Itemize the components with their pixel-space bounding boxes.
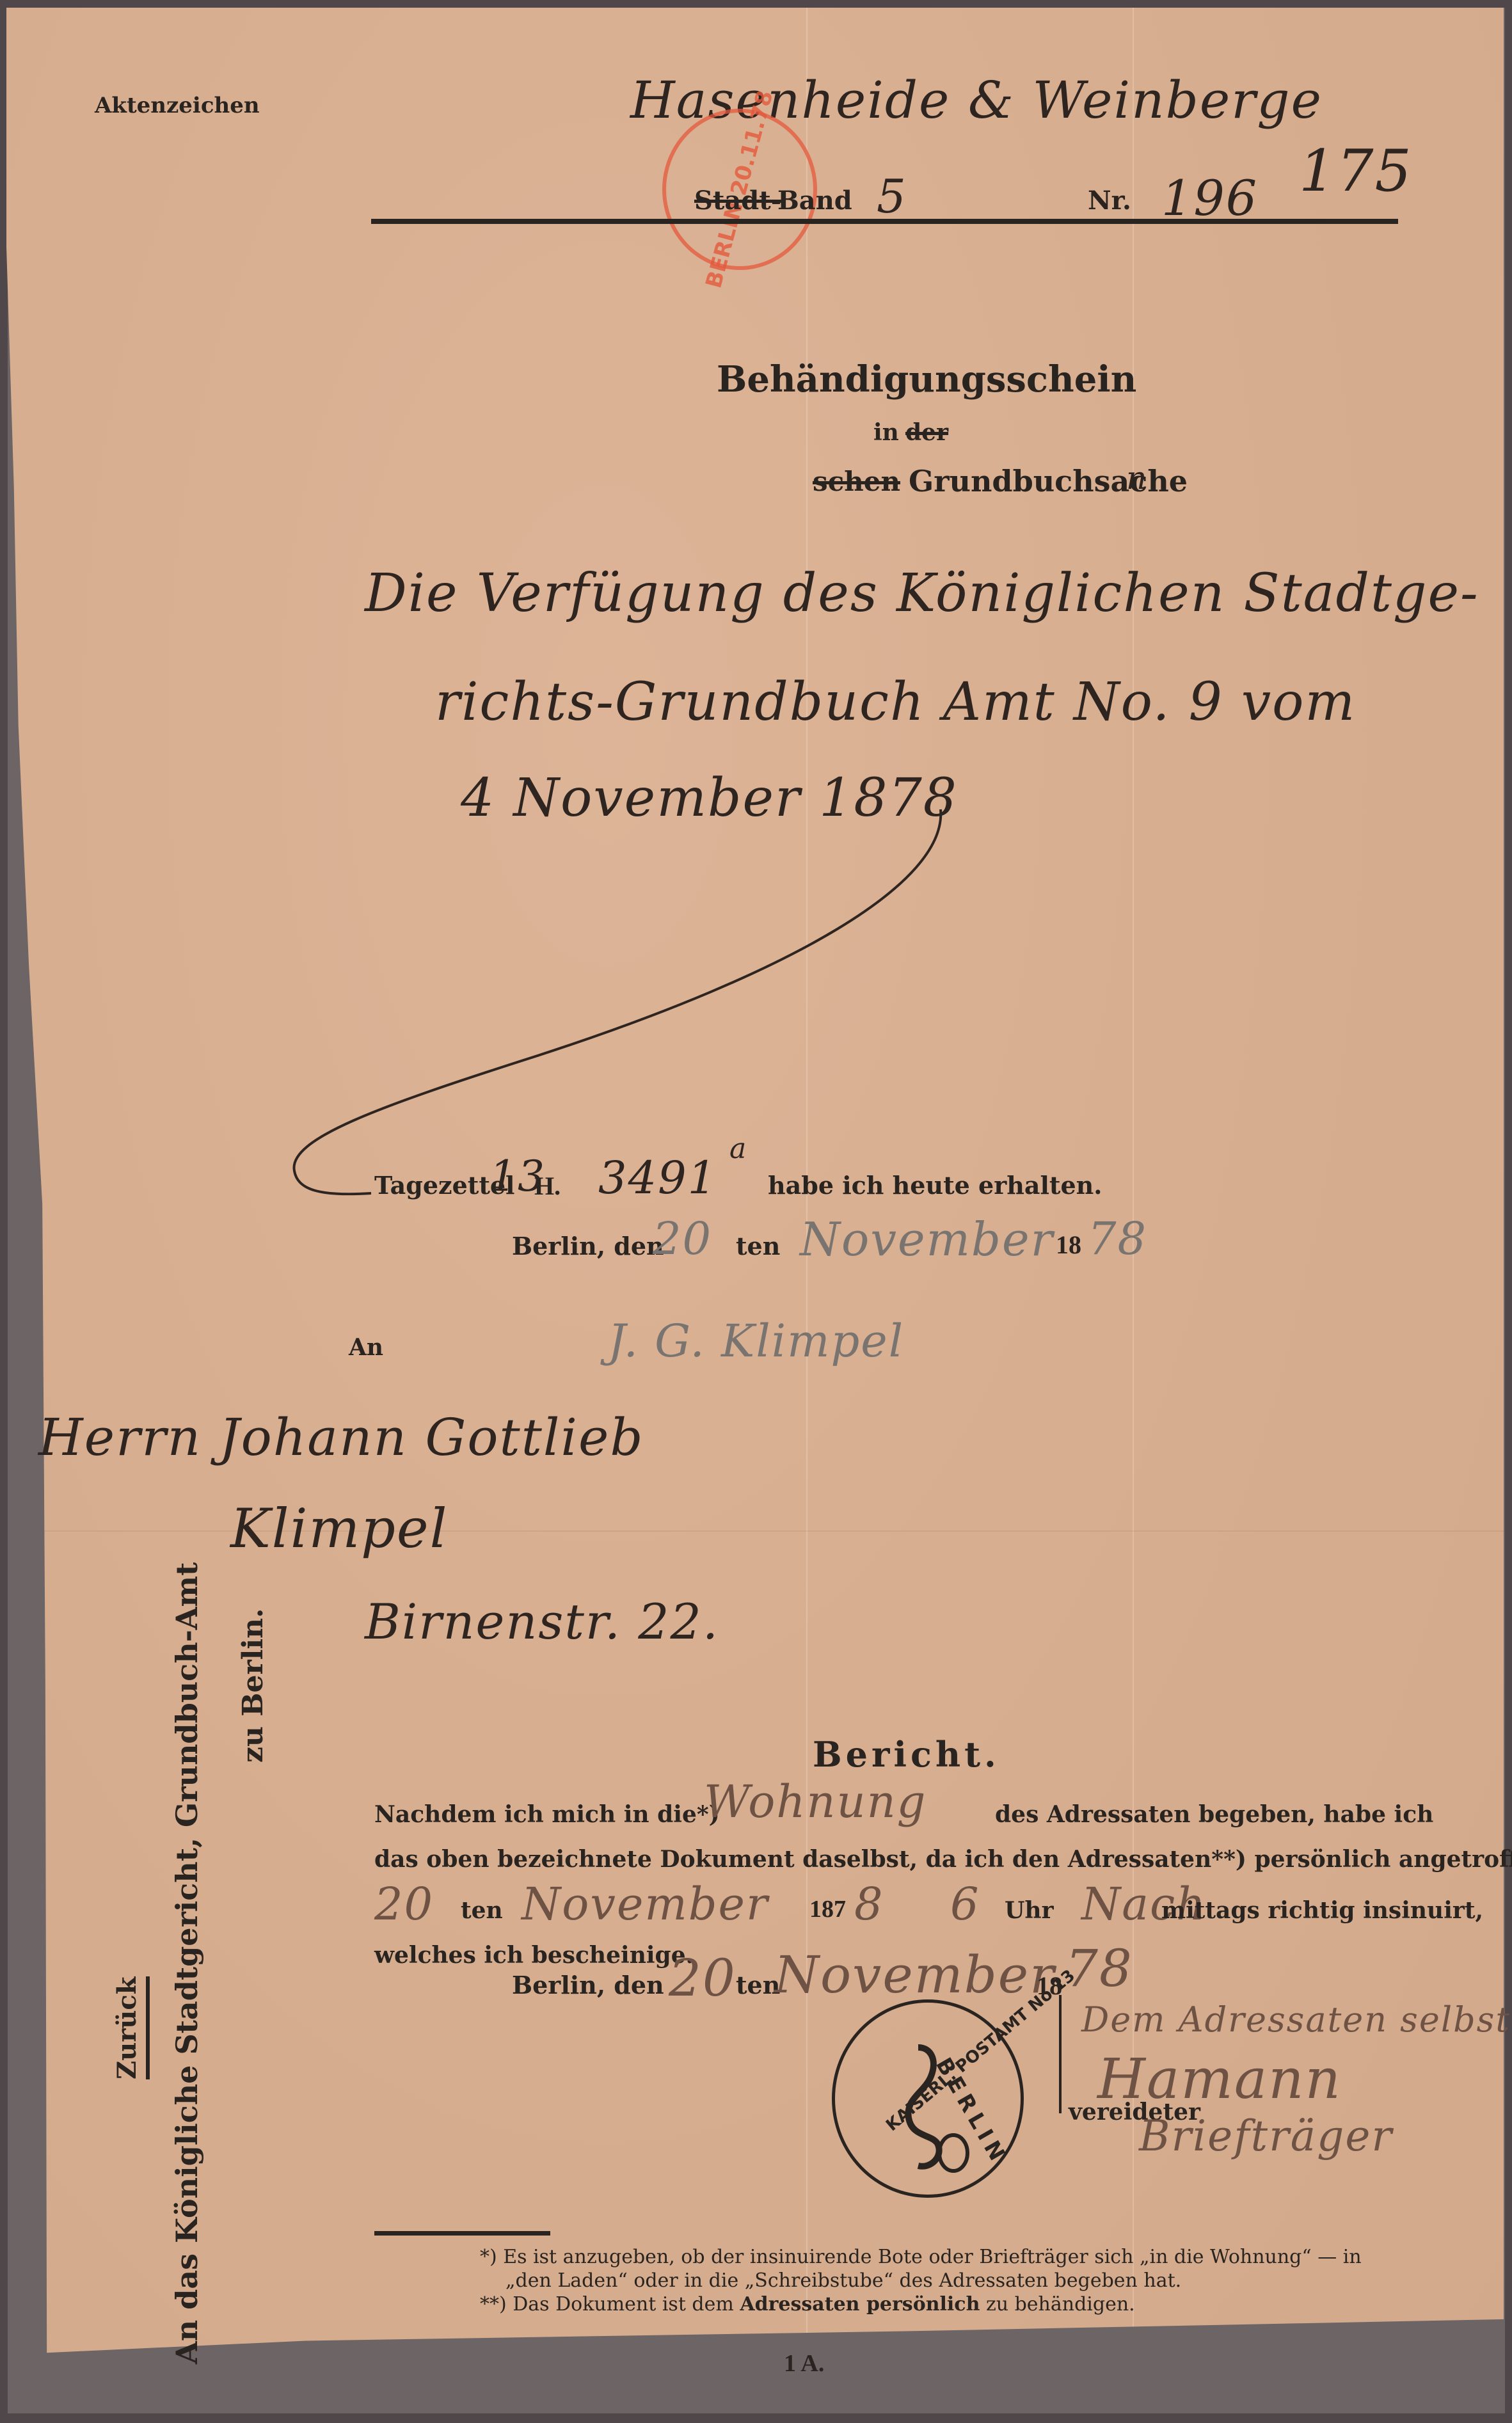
return-address-line-1: An das Königliche Stadtgericht, Grundbuc… bbox=[170, 1562, 204, 2364]
bericht-date-day: 20 bbox=[669, 1948, 736, 2008]
body-line-2: richts-Grundbuch Amt No. 9 vom bbox=[435, 672, 1356, 733]
nr-label: Nr. bbox=[1088, 186, 1131, 216]
bericht-line-1a: Nachdem ich mich in die*) bbox=[374, 1801, 720, 1828]
h-label: H. bbox=[534, 1171, 561, 1201]
footnote-1-line-1: *) Es ist anzugeben, ob der insinuirende… bbox=[480, 2246, 1362, 2268]
receipt-year: 78 bbox=[1088, 1212, 1147, 1265]
addressee-line-3: Birnenstr. 22. bbox=[365, 1593, 719, 1650]
band-value: 5 bbox=[877, 170, 907, 223]
band-label-struck: Stadt- bbox=[694, 186, 781, 216]
band-label: Band bbox=[777, 186, 852, 216]
body-line-1: Die Verfügung des Königlichen Stadtge- bbox=[365, 563, 1479, 624]
zurueck-label: Zurück bbox=[112, 1976, 150, 2079]
title-der-struck: der bbox=[905, 419, 948, 446]
bericht-line-4: welches ich bescheinige. bbox=[374, 1942, 694, 1969]
bericht-wohnung: Wohnung bbox=[704, 1776, 927, 1828]
bericht-date-year: 78 bbox=[1065, 1939, 1133, 1998]
bericht-year-prefix: 187 bbox=[809, 1895, 846, 1923]
receipt-signature: J. G. Klimpel bbox=[608, 1315, 904, 1367]
bericht-note: Dem Adressaten selbst bbox=[1081, 1999, 1511, 2040]
bericht-year: 8 bbox=[854, 1878, 884, 1930]
addressee-line-1: Herrn Johann Gottlieb bbox=[38, 1408, 644, 1467]
bericht-title: Bericht. bbox=[813, 1734, 1000, 1775]
bericht-uhr: Uhr bbox=[1005, 1897, 1054, 1924]
receipt-day: 20 bbox=[653, 1212, 712, 1265]
bericht-date-ten: ten bbox=[736, 1971, 780, 1999]
return-address-line-2: zu Berlin. bbox=[237, 1609, 269, 1763]
footnote-2-b: zu behändigen. bbox=[986, 2293, 1135, 2316]
bericht-ten: ten bbox=[461, 1897, 503, 1924]
title-hand-suffix: n bbox=[1126, 459, 1148, 497]
bericht-line-3-rest: mittags richtig insinuirt, bbox=[1161, 1897, 1483, 1924]
receipt-ten: ten bbox=[736, 1232, 780, 1260]
black-postmark: KAISERL. POSTAMT No 13 BERLIN bbox=[832, 1999, 1024, 2198]
flourish-line bbox=[282, 806, 960, 1203]
receipt-month: November bbox=[800, 1212, 1054, 1266]
addressee-line-2: Klimpel bbox=[230, 1497, 448, 1560]
title-schen-struck: schen bbox=[813, 466, 900, 497]
bericht-line-2: das oben bezeichnete Dokument daselbst, … bbox=[374, 1846, 1512, 1873]
tagezettel-number: 3491 bbox=[598, 1152, 717, 1204]
signature-bracket bbox=[1059, 1995, 1062, 2113]
nr-extra: 175 bbox=[1299, 138, 1413, 205]
bericht-hour: 6 bbox=[950, 1878, 980, 1930]
nr-value: 196 bbox=[1161, 170, 1258, 226]
received-text: habe ich heute erhalten. bbox=[768, 1171, 1102, 1200]
footnote-1-line-2: „den Laden“ oder in die „Schreibstube“ d… bbox=[505, 2269, 1181, 2292]
receipt-place-label: Berlin, den bbox=[512, 1232, 664, 1260]
footnote-2: **) Das Dokument ist dem Adressaten pers… bbox=[480, 2293, 1135, 2316]
header-rule bbox=[371, 219, 1398, 224]
tagezettel-number-suffix: a bbox=[729, 1132, 747, 1165]
bericht-day: 20 bbox=[374, 1878, 434, 1930]
footnote-2-a: **) Das Dokument ist dem bbox=[480, 2293, 734, 2316]
bericht-month: November bbox=[521, 1878, 768, 1930]
aktenzeichen-label: Aktenzeichen bbox=[95, 93, 260, 118]
bericht-line-1b: des Adressaten begeben, habe ich bbox=[995, 1801, 1433, 1828]
an-label: An bbox=[349, 1334, 383, 1361]
title-in: in bbox=[873, 419, 899, 446]
footnote-rule bbox=[374, 2231, 550, 2236]
bericht-date-month: November bbox=[774, 1945, 1055, 2005]
bericht-place-label: Berlin, den bbox=[512, 1971, 664, 1999]
receipt-year-prefix: 18 bbox=[1056, 1230, 1081, 1260]
bericht-role: Briefträger bbox=[1139, 2111, 1393, 2161]
footnote-2-bold: Adressaten persönlich bbox=[740, 2293, 980, 2316]
form-title: Behändigungsschein bbox=[717, 358, 1136, 401]
form-number: 1 A. bbox=[784, 2349, 824, 2378]
